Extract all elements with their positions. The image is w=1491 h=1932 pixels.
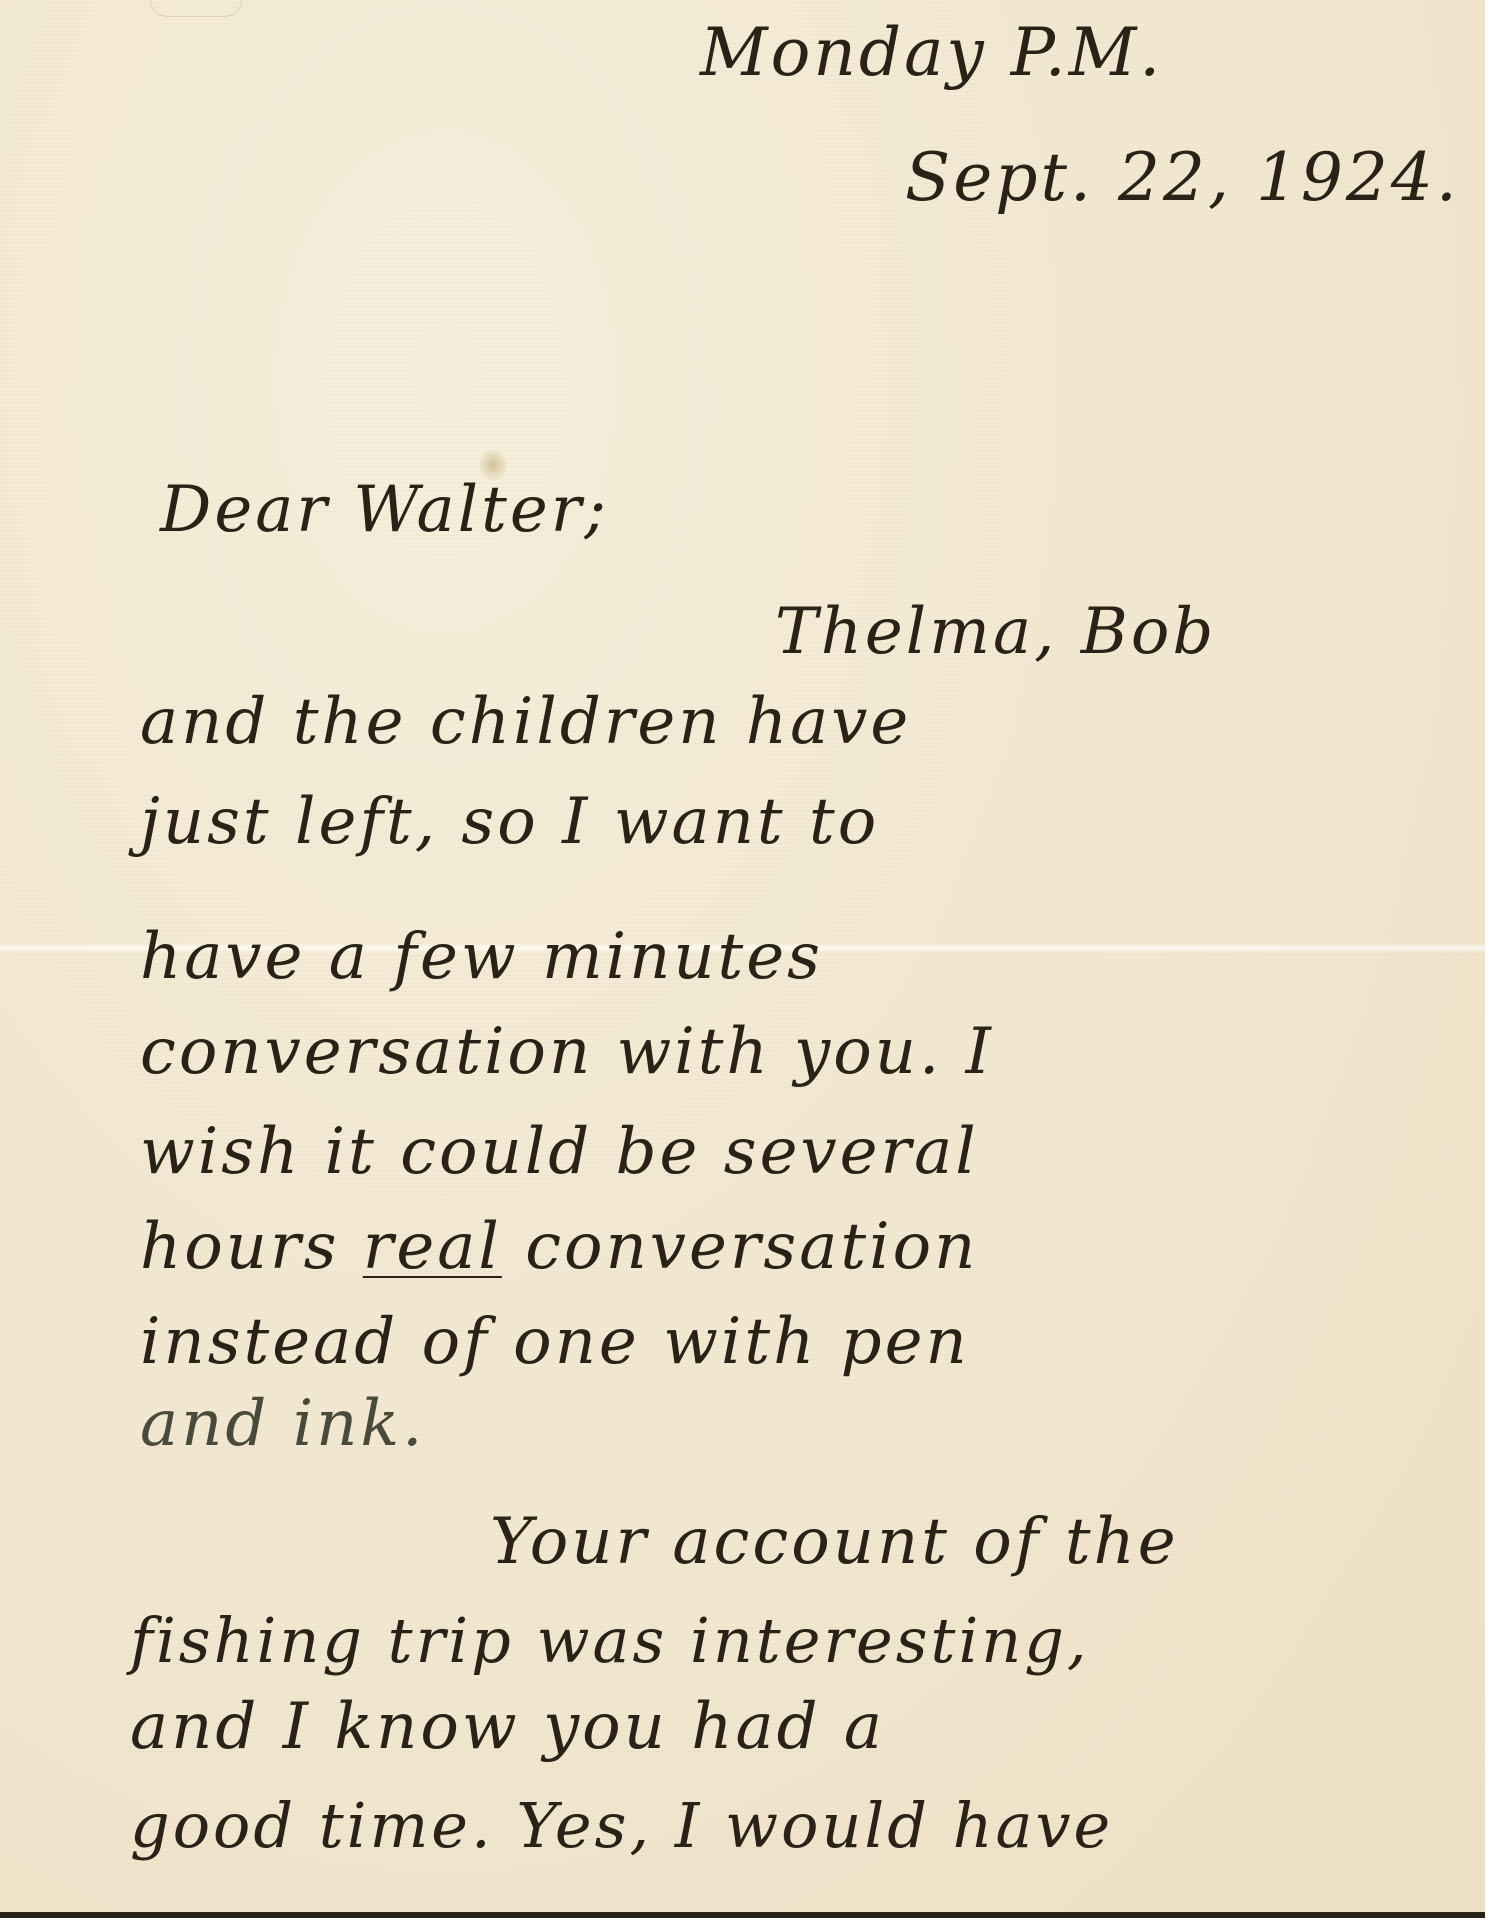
body-line-11: fishing trip was interesting, bbox=[130, 1610, 1090, 1672]
salutation: Dear Walter; bbox=[160, 478, 609, 542]
body-line-4: have a few minutes bbox=[140, 925, 823, 989]
paper-mark bbox=[150, 0, 242, 17]
body-line-5: conversation with you. I bbox=[140, 1020, 994, 1084]
body-line-10: Your account of the bbox=[490, 1510, 1179, 1574]
body-line-3: just left, so I want to bbox=[140, 790, 879, 854]
body-line-8: instead of one with pen bbox=[140, 1310, 970, 1374]
word-conversation: conversation bbox=[525, 1210, 978, 1284]
body-line-9: and ink. bbox=[140, 1392, 426, 1456]
body-line-6: wish it could be several bbox=[140, 1120, 979, 1184]
body-line-13: good time. Yes, I would have bbox=[130, 1795, 1113, 1857]
body-line-1: Thelma, Bob bbox=[775, 600, 1216, 664]
word-real-underlined: real bbox=[363, 1210, 502, 1284]
word-hours: hours bbox=[140, 1210, 339, 1284]
letter-page: Monday P.M. Sept. 22, 1924. Dear Walter;… bbox=[0, 0, 1485, 1918]
letter-day: Monday P.M. bbox=[700, 20, 1163, 86]
letter-date: Sept. 22, 1924. bbox=[905, 145, 1460, 211]
body-line-12: and I know you had a bbox=[130, 1695, 885, 1759]
body-line-2: and the children have bbox=[140, 690, 911, 754]
body-line-7: hours real conversation bbox=[140, 1215, 978, 1279]
